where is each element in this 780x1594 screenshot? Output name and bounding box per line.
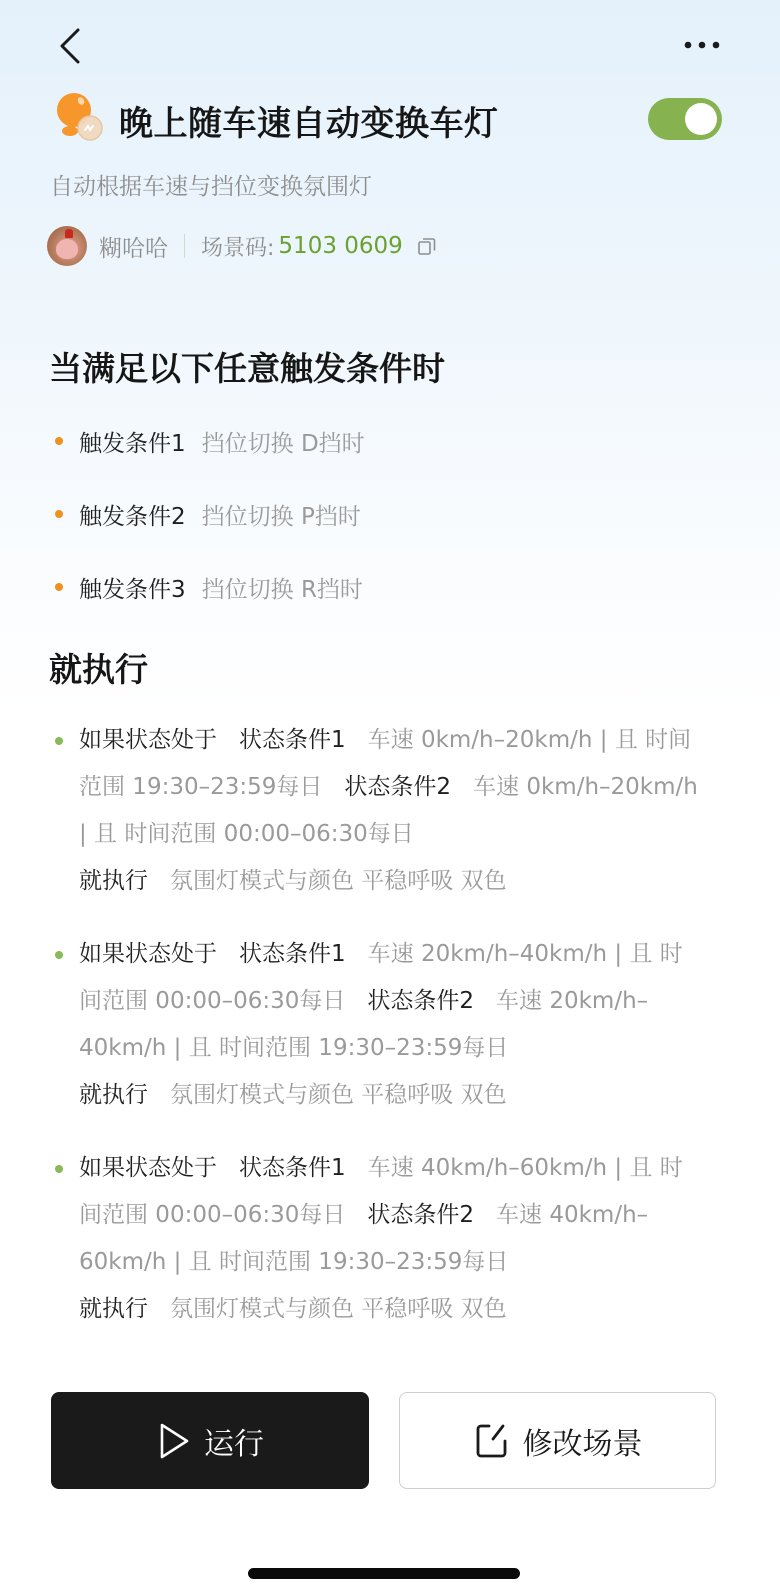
back-button[interactable] xyxy=(52,24,92,68)
bullet-icon xyxy=(55,1165,63,1173)
bullet-icon xyxy=(55,583,63,591)
edit-scene-button[interactable]: 修改场景 xyxy=(399,1392,716,1489)
meta-divider xyxy=(184,234,185,258)
author-name[interactable]: 糊哈哈 xyxy=(99,230,168,263)
scene-meta: 糊哈哈 场景码: 5103 0609 xyxy=(47,225,437,267)
action-item: 如果状态处于状态条件1车速 40km/h–60km/h | 且 时间范围 00:… xyxy=(55,1145,705,1333)
scene-title: 晚上随车速自动变换车灯 xyxy=(119,96,499,145)
condition-name: 状态条件2 xyxy=(367,988,474,1014)
triggers-heading: 当满足以下任意触发条件时 xyxy=(49,343,445,390)
trigger-desc: 挡位切换 D挡时 xyxy=(202,425,365,458)
chevron-left-icon xyxy=(52,24,92,68)
more-button[interactable] xyxy=(680,24,726,64)
run-button[interactable]: 运行 xyxy=(51,1392,369,1489)
then-label: 就执行 xyxy=(79,868,148,894)
edit-icon xyxy=(473,1421,511,1461)
condition-name: 状态条件1 xyxy=(239,1155,346,1181)
trigger-desc: 挡位切换 R挡时 xyxy=(202,571,363,604)
action-item: 如果状态处于状态条件1车速 20km/h–40km/h | 且 时间范围 00:… xyxy=(55,931,705,1119)
scene-enabled-toggle[interactable] xyxy=(648,98,722,140)
then-label: 就执行 xyxy=(79,1082,148,1108)
play-icon xyxy=(156,1421,192,1461)
more-dots-icon xyxy=(680,24,726,64)
bullet-icon xyxy=(55,437,63,445)
condition-name: 状态条件2 xyxy=(367,1202,474,1228)
toggle-knob xyxy=(685,103,717,135)
condition-name: 状态条件1 xyxy=(239,941,346,967)
top-bar xyxy=(0,22,780,66)
scene-description: 自动根据车速与挡位变换氛围灯 xyxy=(50,168,372,201)
trigger-item: 触发条件2 挡位切换 P挡时 xyxy=(55,494,361,534)
bullet-icon xyxy=(55,510,63,518)
if-label: 如果状态处于 xyxy=(79,1155,217,1181)
then-label: 就执行 xyxy=(79,1296,148,1322)
scene-code-label: 场景码: xyxy=(201,231,274,262)
trigger-name: 触发条件3 xyxy=(79,571,186,604)
edit-label: 修改场景 xyxy=(523,1419,643,1463)
action-result: 氛围灯模式与颜色 平稳呼吸 双色 xyxy=(170,1296,507,1322)
condition-name: 状态条件2 xyxy=(344,774,451,800)
trigger-item: 触发条件3 挡位切换 R挡时 xyxy=(55,567,363,607)
actions-heading: 就执行 xyxy=(49,644,148,691)
trigger-desc: 挡位切换 P挡时 xyxy=(202,498,361,531)
scene-code-value: 5103 0609 xyxy=(278,233,402,259)
action-item: 如果状态处于状态条件1车速 0km/h–20km/h | 且 时间范围 19:3… xyxy=(55,717,705,905)
trigger-name: 触发条件1 xyxy=(79,425,186,458)
copy-icon[interactable] xyxy=(417,236,437,256)
action-result: 氛围灯模式与颜色 平稳呼吸 双色 xyxy=(170,868,507,894)
bullet-icon xyxy=(55,737,63,745)
bullet-icon xyxy=(55,951,63,959)
action-result: 氛围灯模式与颜色 平稳呼吸 双色 xyxy=(170,1082,507,1108)
home-indicator[interactable] xyxy=(248,1568,520,1579)
scene-light-bulb-icon xyxy=(52,90,108,146)
run-label: 运行 xyxy=(204,1419,264,1463)
trigger-name: 触发条件2 xyxy=(79,498,186,531)
if-label: 如果状态处于 xyxy=(79,727,217,753)
trigger-item: 触发条件1 挡位切换 D挡时 xyxy=(55,421,365,461)
scene-header: 晚上随车速自动变换车灯 xyxy=(52,88,732,148)
author-avatar[interactable] xyxy=(47,226,87,266)
if-label: 如果状态处于 xyxy=(79,941,217,967)
condition-name: 状态条件1 xyxy=(239,727,346,753)
